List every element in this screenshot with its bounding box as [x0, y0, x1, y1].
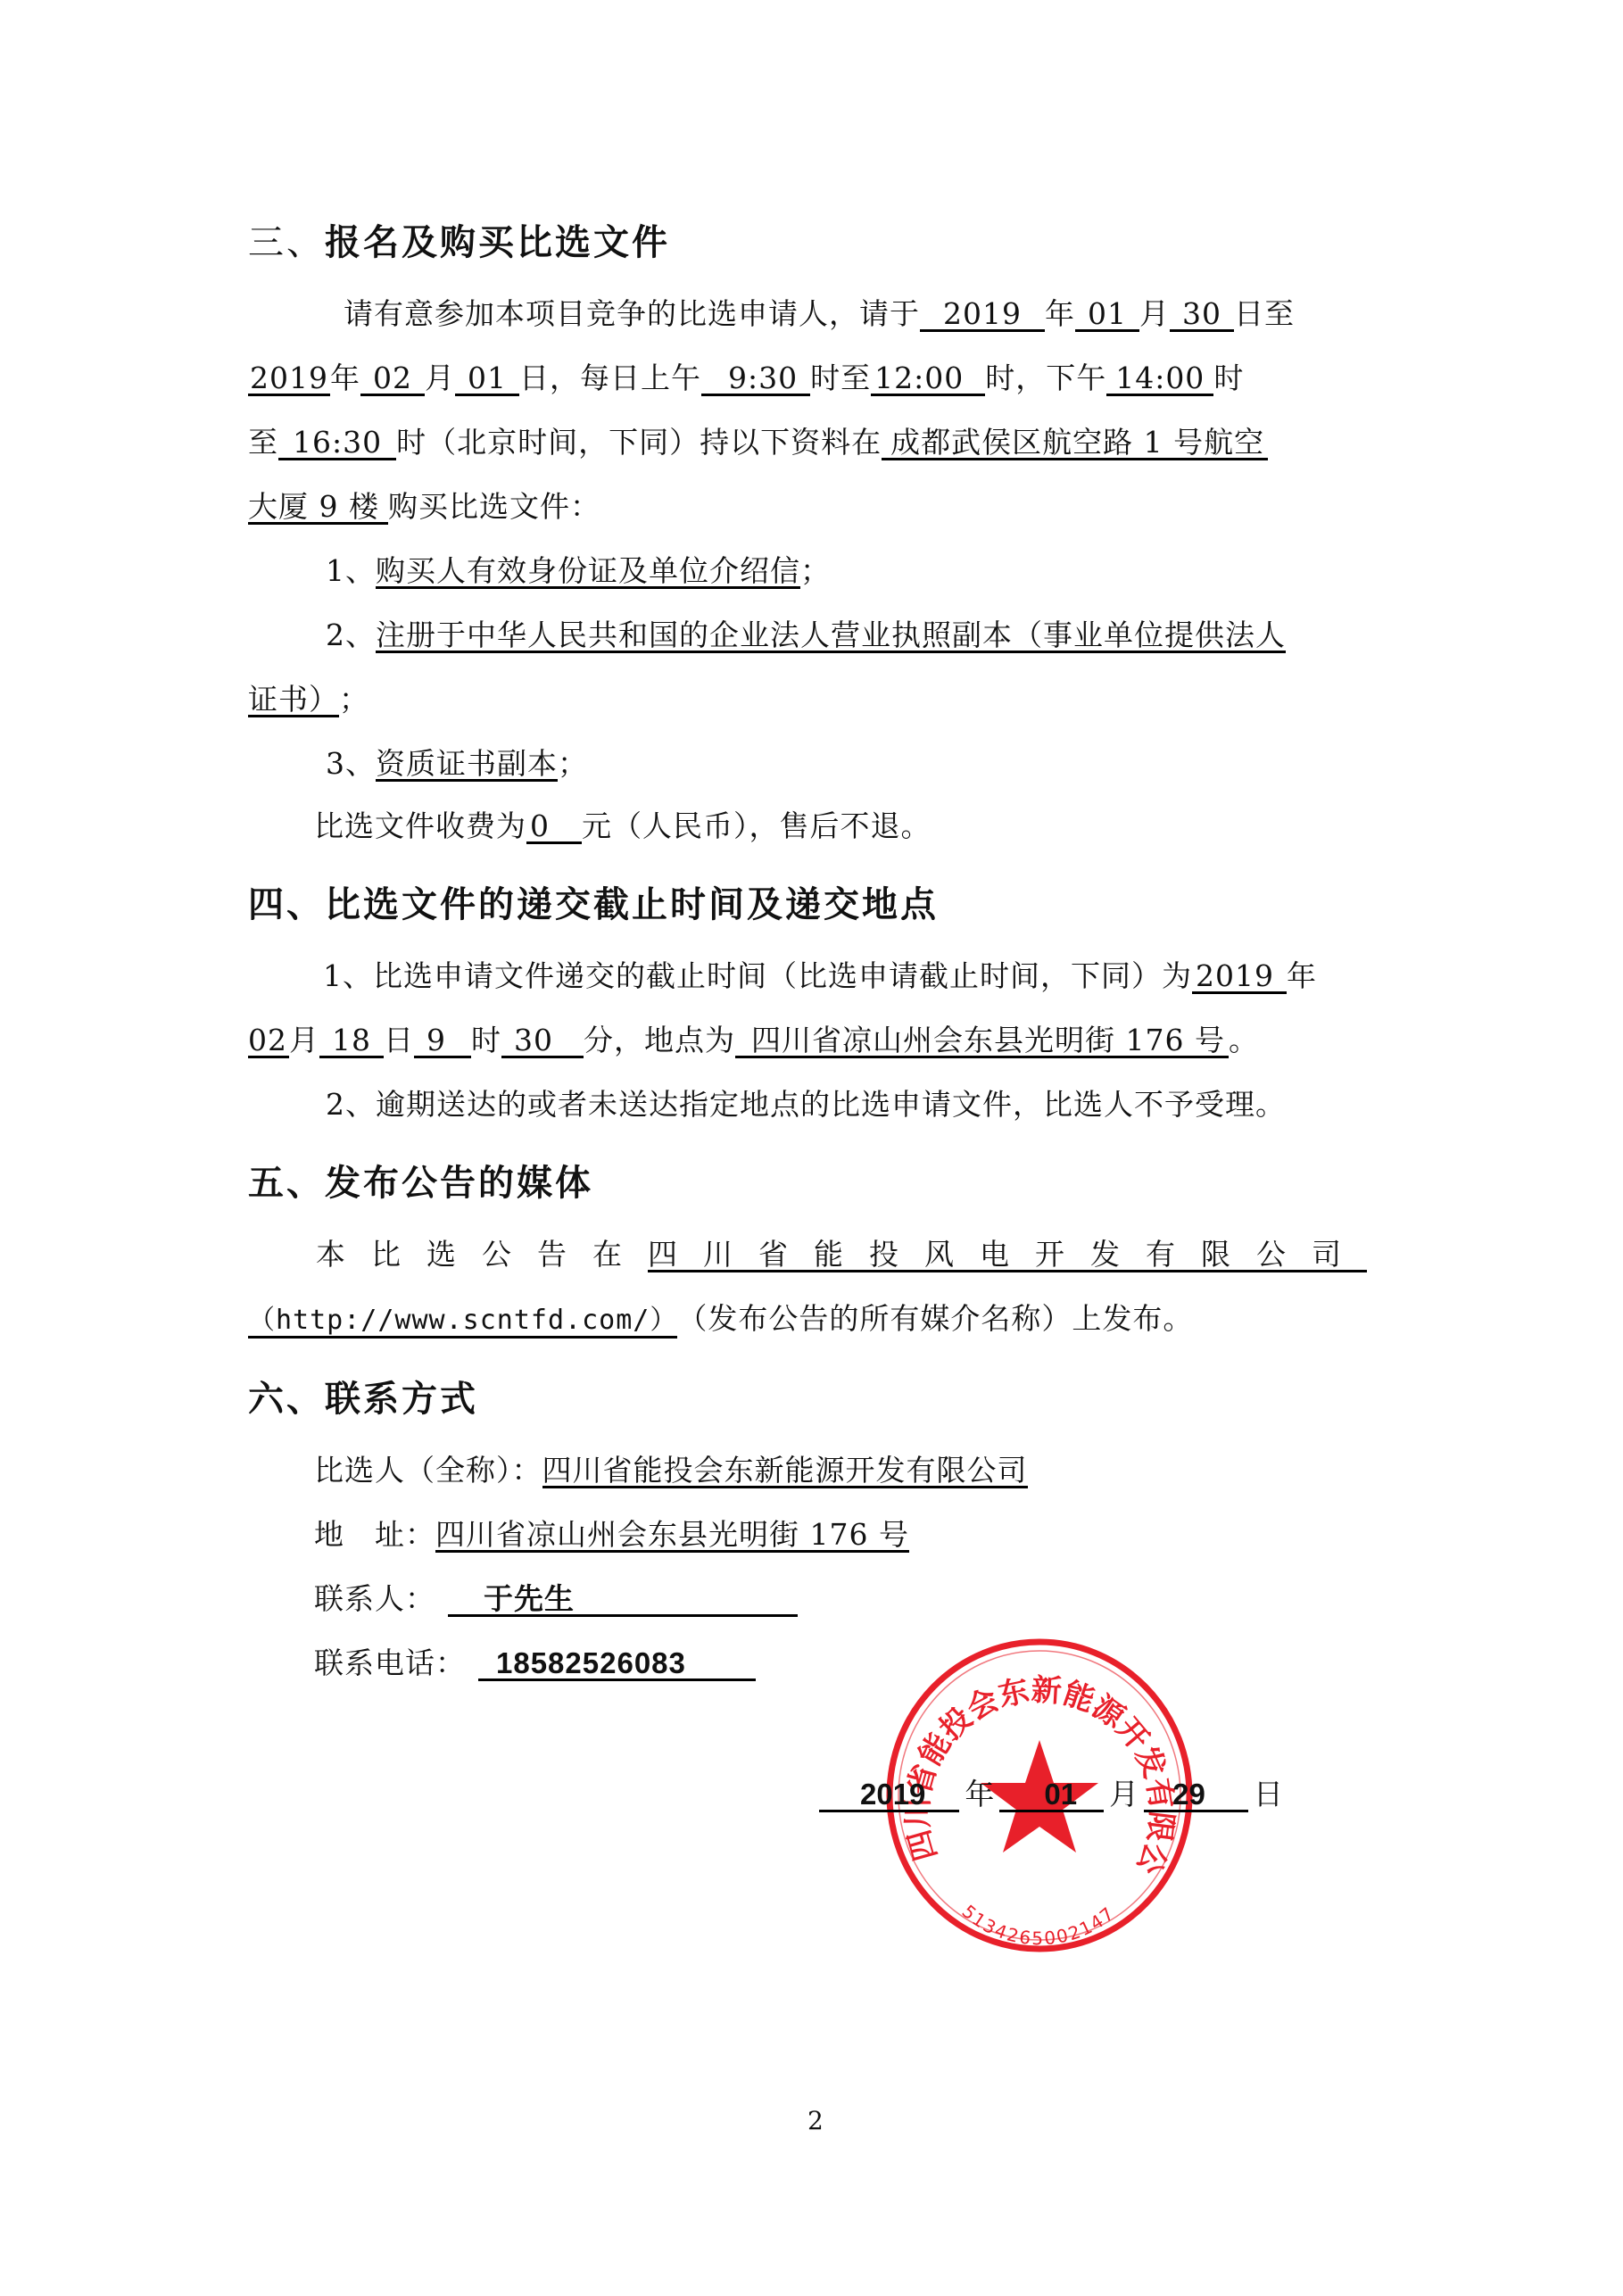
purchase-location-field: 成都武侯区航空路 1 号航空: [882, 427, 1268, 460]
section-3-intro-line-1: 请有意参加本项目竞争的比选申请人，请于2019年01月30日至: [344, 296, 1295, 332]
purchase-location-field-cont: 大厦 9 楼: [248, 492, 388, 525]
requirement-item-3: 3、资质证书副本；: [326, 746, 588, 782]
svg-text:5134265002147: 5134265002147: [958, 1901, 1120, 1949]
end-year-field: 2019: [248, 363, 330, 396]
section-3-intro-line-2: 2019年02月01日，每日上午9:30时至12:00时，下午14:00时: [248, 361, 1244, 396]
address-row: 地 址：四川省凉山州会东县光明街 176 号: [314, 1517, 909, 1553]
address-value: 四川省凉山州会东县光明街 176 号: [435, 1520, 909, 1553]
am-end-field: 12:00: [871, 363, 985, 396]
pm-start-field: 14:00: [1106, 363, 1213, 396]
deadline-month-field: 02: [248, 1025, 289, 1058]
contact-person-row: 联系人：于先生: [314, 1581, 798, 1617]
selector-fullname-row: 比选人（全称）：四川省能投会东新能源开发有限公司: [314, 1453, 1028, 1488]
svg-text:四川省能投会东新能源开发有限公司: 四川省能投会东新能源开发有限公司: [879, 1633, 1180, 1879]
page-number: 2: [807, 2106, 824, 2135]
section-3-heading: 三、报名及购买比选文件: [248, 214, 670, 265]
selector-value: 四川省能投会东新能源开发有限公司: [542, 1455, 1028, 1488]
signature-date: 2019年01月29日: [819, 1771, 1283, 1813]
document-fee-line: 比选文件收费为0元（人民币），售后不退。: [314, 808, 932, 844]
requirement-item-1: 1、购买人有效身份证及单位介绍信；: [326, 553, 831, 589]
requirement-item-2-cont: 证书）；: [248, 682, 369, 717]
deadline-line-1: 1、比选申请文件递交的截止时间（比选申请截止时间，下同）为2019年: [323, 958, 1317, 994]
document-page: 三、报名及购买比选文件 请有意参加本项目竞争的比选申请人，请于2019年01月3…: [0, 0, 1623, 2296]
am-start-field: 9:30: [701, 363, 810, 396]
requirement-item-2: 2、注册于中华人民共和国的企业法人营业执照副本（事业单位提供法人: [326, 618, 1286, 653]
start-month-field: 01: [1075, 299, 1139, 332]
sign-month-field: 01: [999, 1779, 1104, 1812]
end-month-field: 02: [360, 363, 425, 396]
media-name-field: 四川省能投风电开发有限公司: [648, 1239, 1367, 1272]
media-url-link[interactable]: （http://www.scntfd.com/）: [248, 1305, 677, 1339]
phone-row: 联系电话：18582526083: [314, 1645, 756, 1681]
deadline-year-field: 2019: [1192, 961, 1287, 994]
end-day-field: 01: [455, 363, 519, 396]
deadline-day-field: 18: [319, 1025, 384, 1058]
contact-label: 联系人：: [314, 1581, 435, 1616]
section-5-heading: 五、发布公告的媒体: [248, 1155, 593, 1206]
sign-day-field: 29: [1144, 1779, 1248, 1812]
contact-value: 于先生: [448, 1584, 798, 1617]
seal-ring-text: 四川省能投会东新能源开发有限公司: [879, 1633, 1180, 1879]
address-label: 地 址：: [314, 1517, 435, 1552]
media-line-1: 本比选公告在四川省能投风电开发有限公司: [316, 1237, 1367, 1272]
media-line-2: （http://www.scntfd.com/）（发布公告的所有媒介名称）上发布…: [248, 1301, 1193, 1339]
start-year-field: 2019: [920, 299, 1045, 332]
fee-amount-field: 0: [526, 811, 582, 844]
selector-label: 比选人（全称）：: [314, 1453, 542, 1488]
phone-label: 联系电话：: [314, 1645, 466, 1680]
seal-code-text: 5134265002147: [958, 1901, 1120, 1949]
phone-value: 18582526083: [478, 1648, 756, 1681]
section-3-intro-line-4: 大厦 9 楼购买比选文件：: [248, 489, 600, 525]
deadline-minute-field: 30: [501, 1025, 584, 1058]
late-submission-note: 2、逾期送达的或者未送达指定地点的比选申请文件，比选人不予受理。: [326, 1087, 1286, 1123]
sign-year-field: 2019: [819, 1779, 959, 1812]
deadline-hour-field: 9: [414, 1025, 471, 1058]
section-3-intro-line-3: 至16:30时（北京时间，下同）持以下资料在成都武侯区航空路 1 号航空: [248, 425, 1268, 460]
section-4-heading: 四、比选文件的递交截止时间及递交地点: [248, 876, 939, 927]
section-6-heading: 六、联系方式: [248, 1371, 478, 1422]
submission-place-field: 四川省凉山州会东县光明街 176 号: [735, 1025, 1229, 1058]
start-day-field: 30: [1170, 299, 1234, 332]
pm-end-field: 16:30: [278, 427, 396, 460]
deadline-line-2: 02月18日9时30分，地点为四川省凉山州会东县光明街 176 号。: [248, 1023, 1259, 1058]
